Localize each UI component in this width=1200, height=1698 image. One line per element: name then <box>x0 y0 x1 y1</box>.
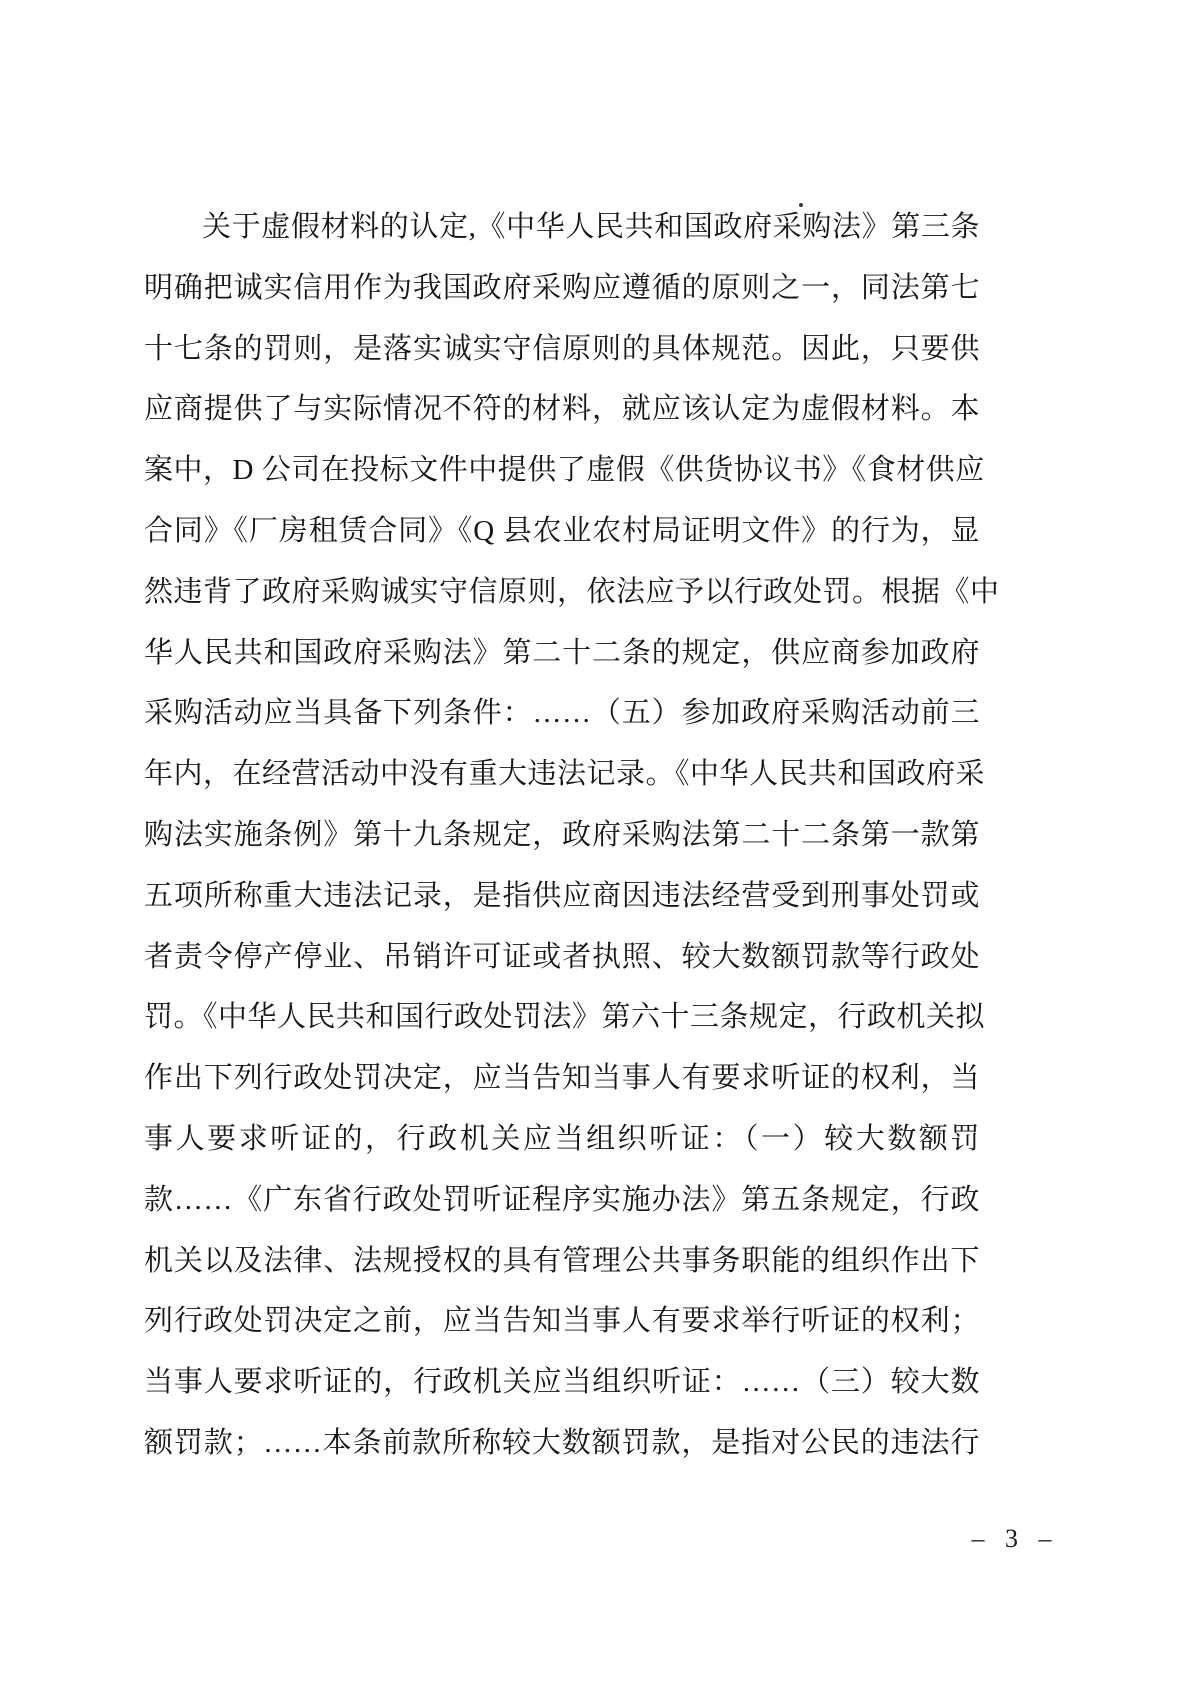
text-line: 作出下列行政处罚决定，应当告知当事人有要求听证的权利，当 <box>144 1048 980 1109</box>
text-line: 购法实施条例》第十九条规定，政府采购法第二十二条第一款第 <box>144 805 980 866</box>
text-line: 案中，D 公司在投标文件中提供了虚假《供货协议书》《食材供应 <box>144 440 980 501</box>
text-line: 明确把诚实信用作为我国政府采购应遵循的原则之一，同法第七 <box>144 258 980 319</box>
text-line: 款……《广东省行政处罚听证程序实施办法》第五条规定，行政 <box>144 1170 980 1231</box>
text-line: 罚。《中华人民共和国行政处罚法》第六十三条规定，行政机关拟 <box>144 987 980 1048</box>
text-line: 五项所称重大违法记录，是指供应商因违法经营受到刑事处罚或 <box>144 866 980 927</box>
text-line: 事人要求听证的，行政机关应当组织听证：（一）较大数额罚 <box>144 1109 980 1170</box>
page-number: – 3 – <box>960 1524 1070 1554</box>
text-line: 列行政处罚决定之前，应当告知当事人有要求举行听证的权利； <box>144 1291 980 1352</box>
text-line: 然违背了政府采购诚实守信原则，依法应予以行政处罚。根据《中 <box>144 562 980 623</box>
text-line: 华人民共和国政府采购法》第二十二条的规定，供应商参加政府 <box>144 623 980 684</box>
text-line: 当事人要求听证的，行政机关应当组织听证：……（三）较大数 <box>144 1352 980 1413</box>
text-line: 采购活动应当具备下列条件：……（五）参加政府采购活动前三 <box>144 683 980 744</box>
text-line: 者责令停产停业、吊销许可证或者执照、较大数额罚款等行政处 <box>144 927 980 988</box>
text-line: 年内，在经营活动中没有重大违法记录。《中华人民共和国政府采 <box>144 744 980 805</box>
text-line: 应商提供了与实际情况不符的材料，就应该认定为虚假材料。本 <box>144 379 980 440</box>
text-line: 关于虚假材料的认定,《中华人民共和国政府采购法》第三条 <box>144 197 980 258</box>
text-line: 额罚款；……本条前款所称较大数额罚款，是指对公民的违法行 <box>144 1413 980 1474</box>
document-body: 关于虚假材料的认定,《中华人民共和国政府采购法》第三条 明确把诚实信用作为我国政… <box>144 197 980 1474</box>
text-line: 十七条的罚则，是落实诚实守信原则的具体规范。因此，只要供 <box>144 319 980 380</box>
text-line: 合同》《厂房租赁合同》《Q 县农业农村局证明文件》的行为，显 <box>144 501 980 562</box>
text-line: 机关以及法律、法规授权的具有管理公共事务职能的组织作出下 <box>144 1231 980 1292</box>
scanned-document-page: 关于虚假材料的认定,《中华人民共和国政府采购法》第三条 明确把诚实信用作为我国政… <box>0 0 1200 1698</box>
